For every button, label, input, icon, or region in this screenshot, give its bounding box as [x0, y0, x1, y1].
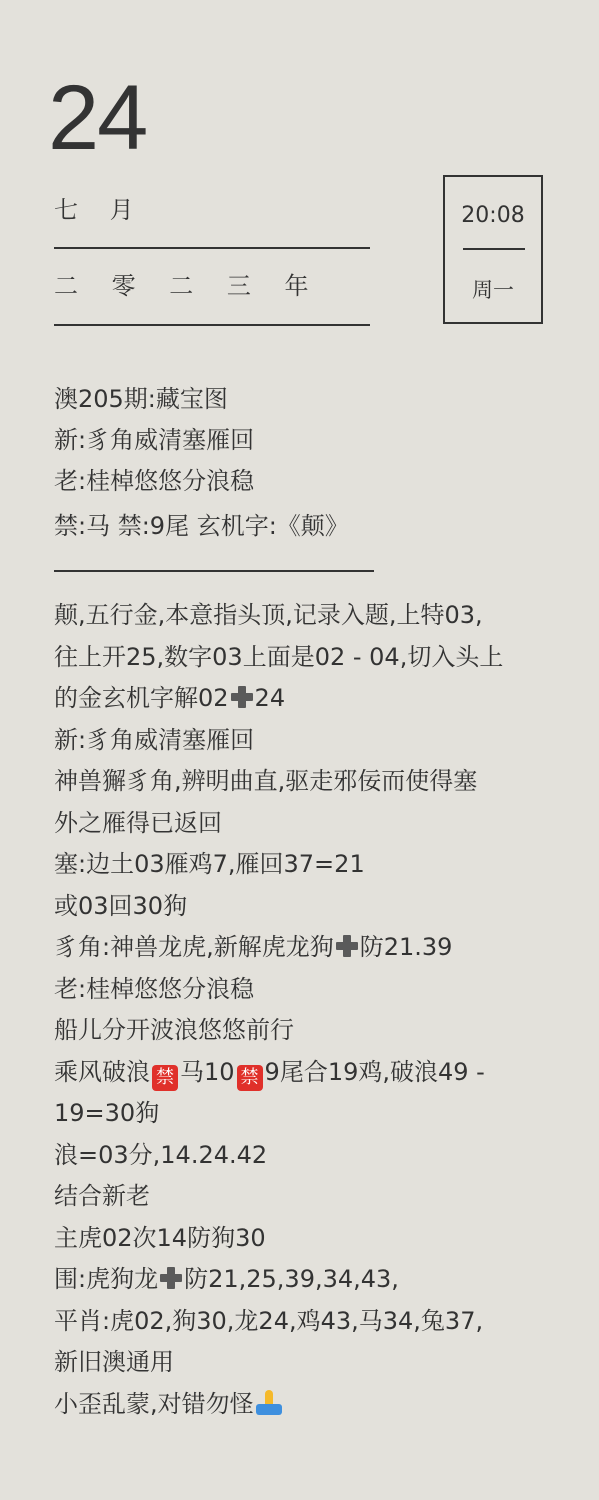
body-text-segment: 老:桂棹悠悠分浪稳: [54, 975, 254, 1003]
body-line: 围:虎狗龙防21,25,39,34,43,: [54, 1259, 554, 1301]
body-text-segment: 9尾合19鸡,破浪49 -: [265, 1058, 485, 1086]
body-line: 塞:边土03雁鸡7,雁回37=21: [54, 844, 554, 886]
time-text: 20:08: [445, 201, 541, 231]
divider: [54, 247, 370, 249]
body-text-segment: 24: [255, 684, 286, 712]
body-line: 神兽獬豸角,辨明曲直,驱走邪佞而使得塞: [54, 761, 554, 803]
body-line: 小歪乱蒙,对错勿怪: [54, 1384, 554, 1426]
body-text: 颠,五行金,本意指头顶,记录入题,上特03,往上开25,数字03上面是02 - …: [54, 595, 554, 1425]
body-text-segment: 或03回30狗: [54, 892, 187, 920]
body-text-segment: 平肖:虎02,狗30,龙24,鸡43,马34,兔37,: [54, 1307, 483, 1335]
ban-icon: 禁: [152, 1065, 178, 1091]
body-line: 结合新老: [54, 1176, 554, 1218]
body-text-segment: 的金玄机字解02: [54, 684, 229, 712]
body-line: 新:豸角威清塞雁回: [54, 720, 554, 762]
ban-icon: 禁: [237, 1065, 263, 1091]
plus-icon: [335, 934, 359, 958]
body-line: 老:桂棹悠悠分浪稳: [54, 969, 554, 1011]
body-text-segment: 往上开25,数字03上面是02 - 04,切入头上: [54, 643, 503, 671]
body-text-segment: 乘风破浪: [54, 1058, 150, 1086]
date-day: 24: [48, 68, 146, 168]
summary-line: 澳205期:藏宝图: [54, 380, 349, 421]
body-text-segment: 防21,25,39,34,43,: [184, 1265, 399, 1293]
body-text-segment: 豸角:神兽龙虎,新解虎龙狗: [54, 933, 334, 961]
body-text-segment: 塞:边土03雁鸡7,雁回37=21: [54, 850, 365, 878]
plus-icon: [230, 685, 254, 709]
body-line: 的金玄机字解0224: [54, 678, 554, 720]
body-line: 新旧澳通用: [54, 1342, 554, 1384]
body-text-segment: 神兽獬豸角,辨明曲直,驱走邪佞而使得塞: [54, 767, 477, 795]
body-line: 19=30狗: [54, 1093, 554, 1135]
body-line: 乘风破浪禁马10禁9尾合19鸡,破浪49 -: [54, 1052, 554, 1094]
time-box: 20:08 周一: [443, 175, 543, 324]
body-text-segment: 主虎02次14防狗30: [54, 1224, 266, 1252]
weekday-text: 周一: [445, 275, 541, 305]
time-divider: [463, 248, 525, 250]
body-line: 浪=03分,14.24.42: [54, 1135, 554, 1177]
body-text-segment: 结合新老: [54, 1182, 150, 1210]
body-text-segment: 浪=03分,14.24.42: [54, 1141, 267, 1169]
pray-icon: [254, 1388, 284, 1416]
plus-icon: [159, 1266, 183, 1290]
body-text-segment: 颠,五行金,本意指头顶,记录入题,上特03,: [54, 601, 483, 629]
body-text-segment: 外之雁得已返回: [54, 809, 222, 837]
date-month: 七 月: [54, 194, 146, 226]
body-text-segment: 围:虎狗龙: [54, 1265, 158, 1293]
divider: [54, 570, 374, 572]
body-text-segment: 新旧澳通用: [54, 1348, 174, 1376]
summary-block: 澳205期:藏宝图 新:豸角威清塞雁回 老:桂棹悠悠分浪稳 禁:马 禁:9尾 玄…: [54, 380, 349, 549]
summary-line: 禁:马 禁:9尾 玄机字:《颠》: [54, 503, 349, 549]
body-line: 颠,五行金,本意指头顶,记录入题,上特03,: [54, 595, 554, 637]
body-text-segment: 小歪乱蒙,对错勿怪: [54, 1390, 254, 1418]
body-text-segment: 19=30狗: [54, 1099, 159, 1127]
body-line: 豸角:神兽龙虎,新解虎龙狗防21.39: [54, 927, 554, 969]
body-text-segment: 马10: [180, 1058, 235, 1086]
body-line: 往上开25,数字03上面是02 - 04,切入头上: [54, 637, 554, 679]
date-year: 二 零 二 三 年: [54, 270, 322, 302]
summary-line: 新:豸角威清塞雁回: [54, 421, 349, 462]
body-line: 或03回30狗: [54, 886, 554, 928]
body-text-segment: 新:豸角威清塞雁回: [54, 726, 254, 754]
body-line: 主虎02次14防狗30: [54, 1218, 554, 1260]
body-line: 外之雁得已返回: [54, 803, 554, 845]
summary-line: 老:桂棹悠悠分浪稳: [54, 462, 349, 503]
body-text-segment: 船儿分开波浪悠悠前行: [54, 1016, 294, 1044]
body-text-segment: 防21.39: [360, 933, 453, 961]
body-line: 船儿分开波浪悠悠前行: [54, 1010, 554, 1052]
divider: [54, 324, 370, 326]
body-line: 平肖:虎02,狗30,龙24,鸡43,马34,兔37,: [54, 1301, 554, 1343]
